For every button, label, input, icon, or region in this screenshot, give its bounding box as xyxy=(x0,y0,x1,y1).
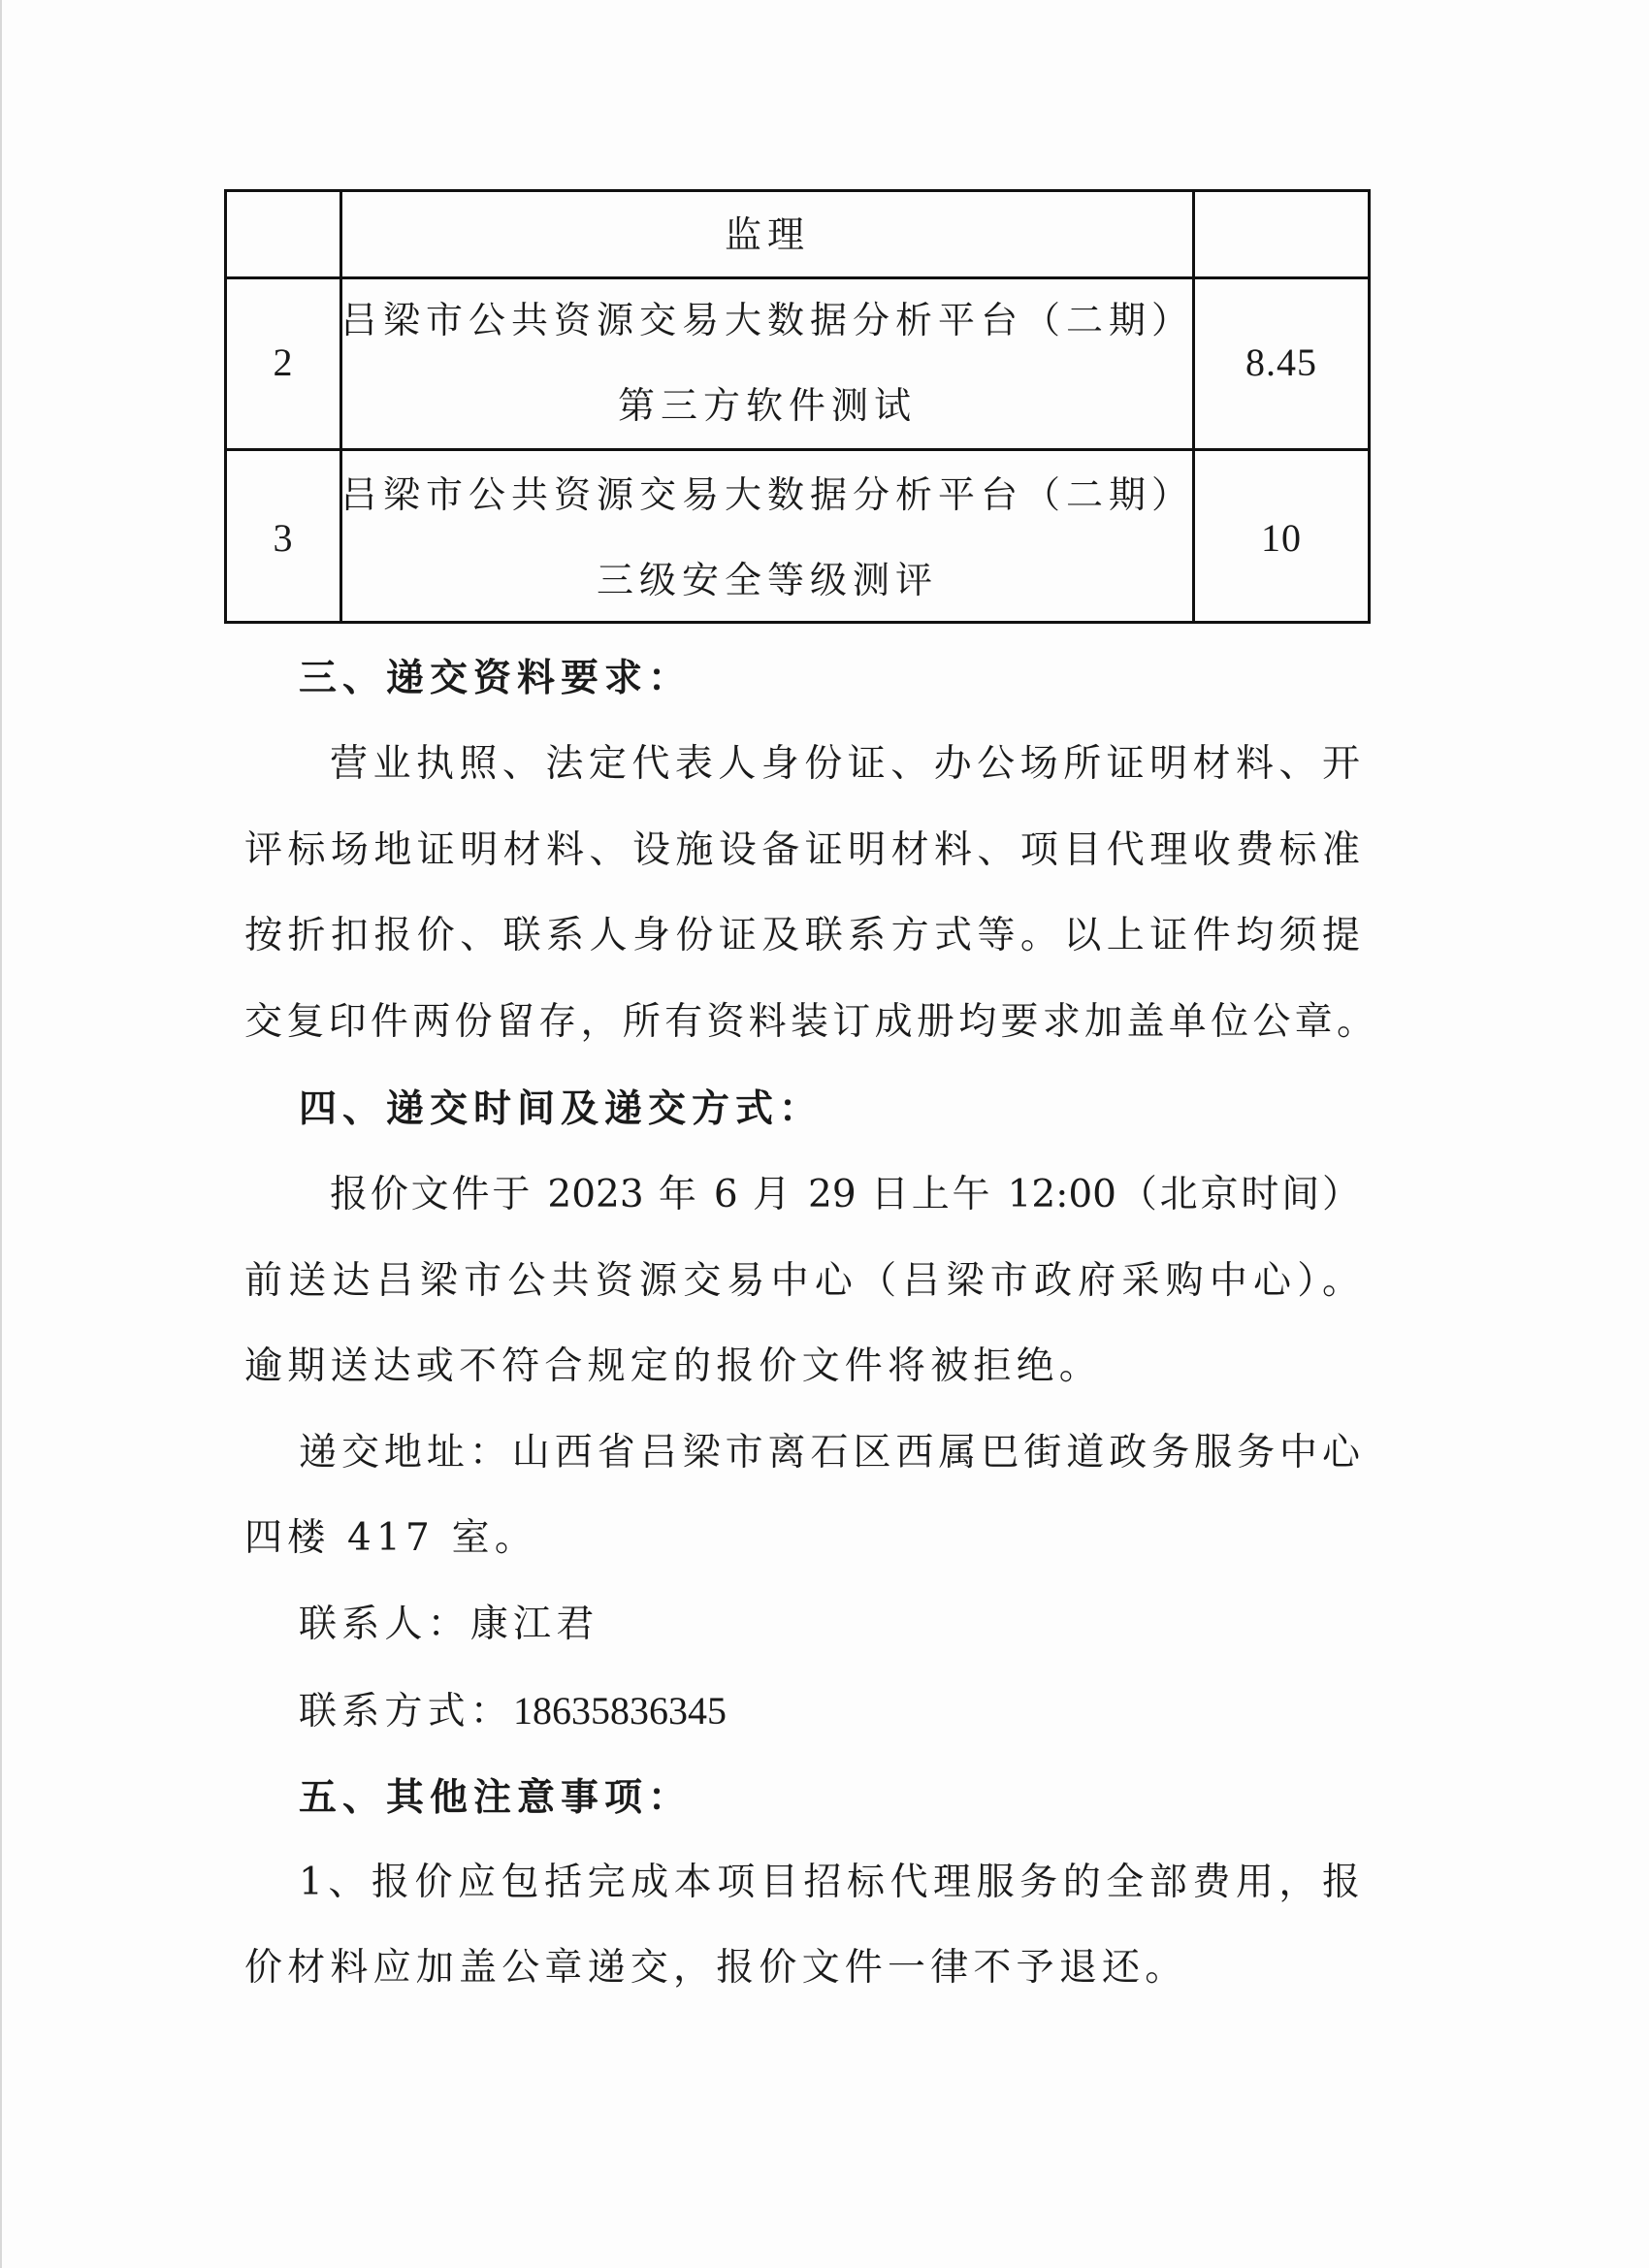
project-name-line: 吕梁市公共资源交易大数据分析平台（二期） xyxy=(340,299,1194,341)
amount-cell: 8.45 xyxy=(1195,276,1368,448)
paragraph-line: 按折扣报价、联系人身份证及联系方式等。以上证件均须提 xyxy=(244,914,1360,958)
note-line: 1、报价应包括完成本项目招标代理服务的全部费用，报 xyxy=(299,1861,1360,1905)
contact-phone-row: 联系方式：18635836345 xyxy=(299,1689,1414,1733)
address-line: 递交地址：山西省吕梁市离石区西属巴街道政务服务中心 xyxy=(299,1431,1360,1475)
row-number-cell: 3 xyxy=(227,451,342,624)
project-name-line: 第三方软件测试 xyxy=(618,384,917,427)
project-name-line: 吕梁市公共资源交易大数据分析平台（二期） xyxy=(340,473,1194,516)
project-name-cell: 吕梁市公共资源交易大数据分析平台（二期） 第三方软件测试 xyxy=(342,276,1195,448)
contact-phone-label: 联系方式： xyxy=(299,1690,513,1733)
project-name-line: 监理 xyxy=(725,213,810,256)
amount-cell: 10 xyxy=(1195,451,1368,624)
scan-edge xyxy=(0,0,2,2268)
amount: 10 xyxy=(1261,515,1302,561)
row-number: 2 xyxy=(274,340,294,385)
amount: 8.45 xyxy=(1245,340,1317,385)
contact-person-label: 联系人： xyxy=(299,1603,470,1646)
deadline-line: 前送达吕梁市公共资源交易中心（吕梁市政府采购中心）。 xyxy=(244,1259,1360,1304)
section-heading-submission-time: 四、递交时间及递交方式： xyxy=(299,1086,823,1131)
row-number: 3 xyxy=(274,515,294,561)
paragraph-line: 评标场地证明材料、设施设备证明材料、项目代理收费标准 xyxy=(244,828,1360,873)
note-line: 价材料应加盖公章递交，报价文件一律不予退还。 xyxy=(244,1946,1360,1991)
project-name-cell: 监理 xyxy=(342,192,1195,276)
address-line: 四楼 417 室。 xyxy=(244,1516,1360,1561)
table-row: 2 吕梁市公共资源交易大数据分析平台（二期） 第三方软件测试 8.45 xyxy=(227,276,1368,451)
section-heading-submission-materials: 三、递交资料要求： xyxy=(299,656,692,700)
row-number-cell: 2 xyxy=(227,276,342,448)
paragraph-line: 营业执照、法定代表人身份证、办公场所证明材料、开 xyxy=(330,742,1360,787)
contact-phone-number: 18635836345 xyxy=(513,1689,727,1733)
section-heading-other-notes: 五、其他注意事项： xyxy=(299,1775,692,1820)
project-name-line: 三级安全等级测评 xyxy=(597,559,938,601)
project-budget-table: 监理 2 吕梁市公共资源交易大数据分析平台（二期） 第三方软件测试 8.45 3… xyxy=(224,189,1371,624)
deadline-line: 报价文件于 2023 年 6 月 29 日上午 12:00（北京时间） xyxy=(330,1173,1360,1217)
table-row: 监理 xyxy=(227,192,1368,279)
contact-person-row: 联系人：康江君 xyxy=(299,1603,1414,1647)
table-row: 3 吕梁市公共资源交易大数据分析平台（二期） 三级安全等级测评 10 xyxy=(227,451,1368,624)
paragraph-line: 交复印件两份留存，所有资料装订成册均要求加盖单位公章。 xyxy=(244,1000,1374,1045)
contact-person-name: 康江君 xyxy=(470,1603,599,1646)
amount-cell xyxy=(1195,192,1368,276)
deadline-line: 逾期送达或不符合规定的报价文件将被拒绝。 xyxy=(244,1345,1360,1389)
project-name-cell: 吕梁市公共资源交易大数据分析平台（二期） 三级安全等级测评 xyxy=(342,451,1195,624)
row-number-cell xyxy=(227,192,342,276)
